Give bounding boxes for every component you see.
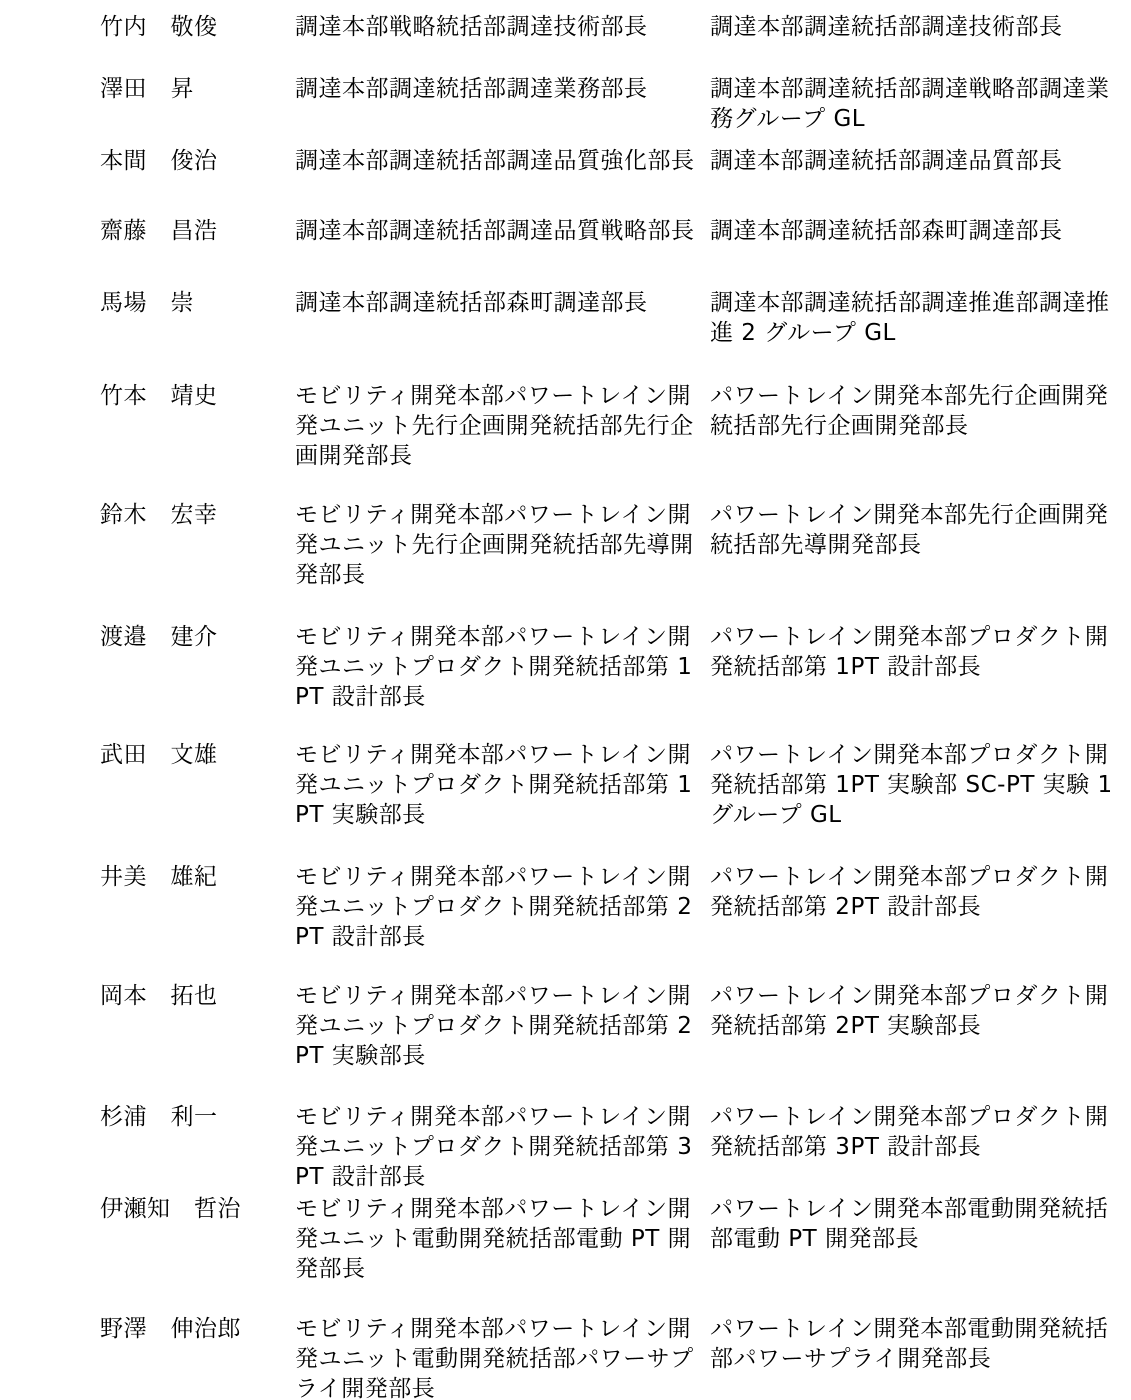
previous-position: 調達本部調達統括部調達品質強化部長 — [295, 146, 695, 176]
person-name: 井美 雄紀 — [100, 862, 295, 892]
previous-position: モビリティ開発本部パワートレイン開発ユニット電動開発統括部パワーサプライ開発部長 — [295, 1314, 695, 1400]
previous-position: モビリティ開発本部パワートレイン開発ユニット先行企画開発統括部先導開発部長 — [295, 500, 695, 590]
person-name: 竹本 靖史 — [100, 381, 295, 411]
previous-position: モビリティ開発本部パワートレイン開発ユニットプロダクト開発統括部第 3PT 設計… — [295, 1102, 695, 1192]
previous-position: 調達本部戦略統括部調達技術部長 — [295, 12, 695, 42]
personnel-change-document: 竹内 敬俊 調達本部戦略統括部調達技術部長 調達本部調達統括部調達技術部長 澤田… — [0, 0, 1131, 1400]
new-position: パワートレイン開発本部プロダクト開発統括部第 1PT 実験部 SC-PT 実験 … — [710, 740, 1121, 830]
previous-position: モビリティ開発本部パワートレイン開発ユニットプロダクト開発統括部第 1PT 実験… — [295, 740, 695, 830]
person-name: 本間 俊治 — [100, 146, 295, 176]
person-name: 竹内 敬俊 — [100, 12, 295, 42]
table-row: 齋藤 昌浩 調達本部調達統括部調達品質戦略部長 調達本部調達統括部森町調達部長 — [100, 216, 1121, 246]
previous-position: モビリティ開発本部パワートレイン開発ユニット先行企画開発統括部先行企画開発部長 — [295, 381, 695, 471]
person-name: 岡本 拓也 — [100, 981, 295, 1011]
person-name: 野澤 伸治郎 — [100, 1314, 295, 1344]
previous-position: モビリティ開発本部パワートレイン開発ユニット電動開発統括部電動 PT 開発部長 — [295, 1194, 695, 1284]
table-row: 武田 文雄 モビリティ開発本部パワートレイン開発ユニットプロダクト開発統括部第 … — [100, 740, 1121, 830]
previous-position: 調達本部調達統括部森町調達部長 — [295, 288, 695, 318]
new-position: パワートレイン開発本部電動開発統括部パワーサプライ開発部長 — [710, 1314, 1121, 1374]
new-position: 調達本部調達統括部森町調達部長 — [710, 216, 1121, 246]
new-position: 調達本部調達統括部調達推進部調達推進 2 グループ GL — [710, 288, 1121, 348]
previous-position: 調達本部調達統括部調達業務部長 — [295, 74, 695, 104]
previous-position: モビリティ開発本部パワートレイン開発ユニットプロダクト開発統括部第 1PT 設計… — [295, 622, 695, 712]
new-position: パワートレイン開発本部先行企画開発統括部先導開発部長 — [710, 500, 1121, 560]
person-name: 齋藤 昌浩 — [100, 216, 295, 246]
person-name: 馬場 崇 — [100, 288, 295, 318]
new-position: パワートレイン開発本部プロダクト開発統括部第 2PT 設計部長 — [710, 862, 1121, 922]
new-position: パワートレイン開発本部電動開発統括部電動 PT 開発部長 — [710, 1194, 1121, 1254]
table-row: 鈴木 宏幸 モビリティ開発本部パワートレイン開発ユニット先行企画開発統括部先導開… — [100, 500, 1121, 590]
table-row: 竹内 敬俊 調達本部戦略統括部調達技術部長 調達本部調達統括部調達技術部長 — [100, 12, 1121, 42]
new-position: パワートレイン開発本部プロダクト開発統括部第 2PT 実験部長 — [710, 981, 1121, 1041]
table-row: 野澤 伸治郎 モビリティ開発本部パワートレイン開発ユニット電動開発統括部パワーサ… — [100, 1314, 1121, 1400]
table-row: 本間 俊治 調達本部調達統括部調達品質強化部長 調達本部調達統括部調達品質部長 — [100, 146, 1121, 176]
table-row: 杉浦 利一 モビリティ開発本部パワートレイン開発ユニットプロダクト開発統括部第 … — [100, 1102, 1121, 1192]
table-row: 岡本 拓也 モビリティ開発本部パワートレイン開発ユニットプロダクト開発統括部第 … — [100, 981, 1121, 1071]
previous-position: モビリティ開発本部パワートレイン開発ユニットプロダクト開発統括部第 2PT 設計… — [295, 862, 695, 952]
new-position: 調達本部調達統括部調達品質部長 — [710, 146, 1121, 176]
person-name: 鈴木 宏幸 — [100, 500, 295, 530]
table-row: 竹本 靖史 モビリティ開発本部パワートレイン開発ユニット先行企画開発統括部先行企… — [100, 381, 1121, 471]
person-name: 伊瀬知 哲治 — [100, 1194, 295, 1224]
previous-position: 調達本部調達統括部調達品質戦略部長 — [295, 216, 695, 246]
person-name: 武田 文雄 — [100, 740, 295, 770]
person-name: 渡邉 建介 — [100, 622, 295, 652]
table-row: 渡邉 建介 モビリティ開発本部パワートレイン開発ユニットプロダクト開発統括部第 … — [100, 622, 1121, 712]
new-position: 調達本部調達統括部調達技術部長 — [710, 12, 1121, 42]
table-row: 澤田 昇 調達本部調達統括部調達業務部長 調達本部調達統括部調達戦略部調達業務グ… — [100, 74, 1121, 134]
person-name: 澤田 昇 — [100, 74, 295, 104]
table-row: 井美 雄紀 モビリティ開発本部パワートレイン開発ユニットプロダクト開発統括部第 … — [100, 862, 1121, 952]
person-name: 杉浦 利一 — [100, 1102, 295, 1132]
new-position: パワートレイン開発本部プロダクト開発統括部第 1PT 設計部長 — [710, 622, 1121, 682]
previous-position: モビリティ開発本部パワートレイン開発ユニットプロダクト開発統括部第 2PT 実験… — [295, 981, 695, 1071]
table-row: 伊瀬知 哲治 モビリティ開発本部パワートレイン開発ユニット電動開発統括部電動 P… — [100, 1194, 1121, 1284]
table-row: 馬場 崇 調達本部調達統括部森町調達部長 調達本部調達統括部調達推進部調達推進 … — [100, 288, 1121, 348]
new-position: 調達本部調達統括部調達戦略部調達業務グループ GL — [710, 74, 1121, 134]
new-position: パワートレイン開発本部プロダクト開発統括部第 3PT 設計部長 — [710, 1102, 1121, 1162]
new-position: パワートレイン開発本部先行企画開発統括部先行企画開発部長 — [710, 381, 1121, 441]
